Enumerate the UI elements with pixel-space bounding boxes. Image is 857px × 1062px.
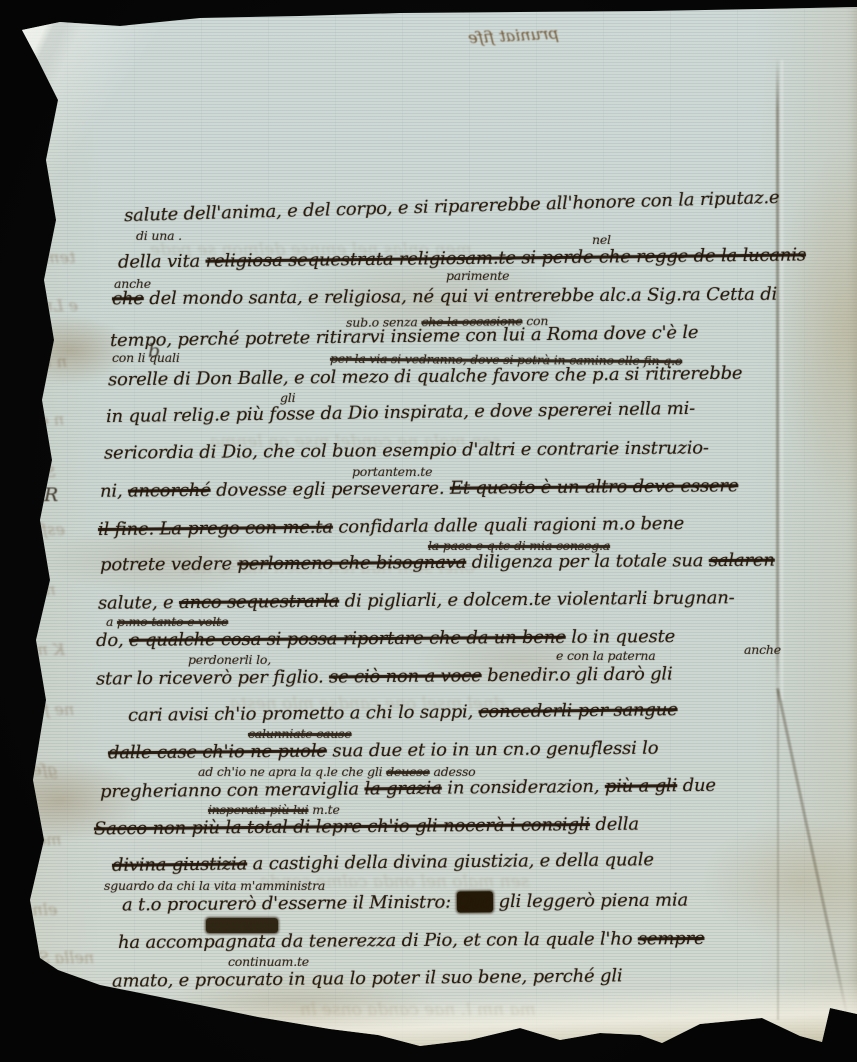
handwritten-text: parimente xyxy=(446,268,509,283)
manuscript-line: amato, e procurato in qua lo poter il su… xyxy=(112,965,623,991)
manuscript-line: dalle case ch'io ne puole sua due et io … xyxy=(108,738,659,764)
handwritten-text: in considerazion, xyxy=(442,776,605,799)
struck-text: divina giustizia xyxy=(112,853,247,875)
handwritten-text: m.te xyxy=(308,802,339,817)
ghost-bleedthrough-line: Sfj ssb xyxy=(2,462,56,481)
handwritten-text: sguardo da chi la vita m'amministra xyxy=(104,878,325,893)
struck-text: deuese xyxy=(386,764,429,779)
interline-note: parimente xyxy=(446,268,509,283)
manuscript-line: ni, ancorché dovesse egli perseverare. E… xyxy=(100,475,738,502)
manuscript-line: pregherianno con meraviglia la grazia in… xyxy=(100,775,716,802)
struck-text: più a gli xyxy=(605,775,678,797)
interline-note: nel xyxy=(592,232,611,247)
manuscript-line: a t.o procurerò d'esserne il Ministro: Q… xyxy=(122,890,688,916)
handwritten-text: benedir.o gli darò gli xyxy=(481,663,672,686)
handwritten-text: della vita xyxy=(118,251,206,273)
interline-note: anche xyxy=(744,642,781,657)
struck-text: il fine. La prego con me.ta xyxy=(98,517,333,540)
struck-text: salaren xyxy=(709,550,775,571)
struck-text: che xyxy=(112,288,144,309)
interline-note: con li quali xyxy=(112,350,180,365)
handwritten-text: sericordia di Dio, che col buon esempio … xyxy=(104,437,709,463)
interline-note: di una . xyxy=(136,228,182,243)
manuscript-line: tempo, perché potrete ritirarvi insieme … xyxy=(110,322,699,351)
manuscript-line: cari avisi ch'io prometto a chi lo sappi… xyxy=(128,699,678,726)
handwritten-text: nel xyxy=(592,232,611,247)
struck-text: la grazia xyxy=(364,778,441,800)
handwritten-text: continuam.te xyxy=(228,954,309,969)
handwritten-text: perdonerli lo, xyxy=(188,652,271,667)
handwritten-text: confidarla dalle quali ragioni m.o bene xyxy=(333,513,684,538)
photograph-background: fm gteman fee Lnl mmn nan nn ebanlSfj ss… xyxy=(0,0,857,1062)
handwritten-text: due xyxy=(677,775,716,796)
manuscript-line: divina giustizia a castighi della divina… xyxy=(112,849,654,876)
manuscript-line: sericordia di Dio, che col buon esempio … xyxy=(104,437,709,463)
struck-text: perlomeno che bisognava xyxy=(237,552,466,575)
interline-note: perdonerli lo, xyxy=(188,652,271,667)
struck-text: Sacco non più la total di lepre ch'io gl… xyxy=(94,814,590,839)
handwritten-text: a xyxy=(106,614,117,629)
interline-note: portantem.te xyxy=(352,464,432,479)
interline-note: sguardo da chi la vita m'amministra xyxy=(104,878,325,893)
manuscript-line: salute dell'anima, e del corpo, e si rip… xyxy=(124,187,780,226)
struck-text: insperata più lui xyxy=(208,802,308,817)
handwritten-text: anche xyxy=(744,642,781,657)
struck-text: e qualche cosa si possa riportare che da… xyxy=(129,627,566,651)
handwritten-text: ha accompagnata da tenerezza di Pio, et … xyxy=(118,928,638,953)
handwritten-text: del mondo santa, e religiosa, né qui vi … xyxy=(144,284,778,309)
handwritten-text: dovesse egli perseverare. xyxy=(210,478,449,501)
handwritten-text: tempo, perché potrete ritirarvi insieme … xyxy=(110,322,699,351)
handwritten-text: amato, e procurato in qua lo poter il su… xyxy=(112,965,623,991)
struck-text: p.mo tanto e volte xyxy=(117,614,228,629)
handwritten-text: star lo riceverò per figlio. xyxy=(96,666,329,689)
handwritten-text: salute, e xyxy=(98,592,179,614)
interline-note: a p.mo tanto e volte xyxy=(106,614,228,629)
handwritten-text: portantem.te xyxy=(352,464,432,479)
manuscript-line: potrete vedere perlomeno che bisognava d… xyxy=(100,550,775,576)
manuscript-page: fm gteman fee Lnl mmn nan nn ebanlSfj ss… xyxy=(0,0,857,1062)
manuscript-line: ha accompagnata da tenerezza di Pio, et … xyxy=(118,928,705,953)
manuscript-line: il fine. La prego con me.ta confidarla d… xyxy=(98,513,684,540)
struck-text: anco sequestrarla xyxy=(179,591,339,613)
handwritten-text: di pigliarli, e dolcem.te violentarli br… xyxy=(339,587,735,611)
manuscript-line: salute, e anco sequestrarla di pigliarli… xyxy=(98,587,735,614)
handwritten-text: ni, xyxy=(100,481,128,502)
handwritten-text: pregherianno con meraviglia xyxy=(100,778,365,802)
handwritten-text: sua due et io in un cn.o genuflessi lo xyxy=(327,738,659,762)
ghost-bleedthrough-line: fm g xyxy=(8,198,44,217)
manuscript-line: sorelle di Don Balle, e col mezo di qual… xyxy=(108,363,743,391)
struck-text: dalle case ch'io ne puole xyxy=(108,740,327,763)
handwritten-text: gli leggerò piena mia xyxy=(493,890,688,913)
interline-note: insperata più lui m.te xyxy=(208,802,340,817)
handwritten-text: della xyxy=(590,814,639,835)
handwritten-text: ad ch'io ne apra la q.le che gli xyxy=(198,764,386,779)
manuscript-line: Sacco non più la total di lepre ch'io gl… xyxy=(94,814,639,840)
ink-blot: Quo xyxy=(456,891,493,912)
handwritten-text: a castighi della divina giustizia, e del… xyxy=(247,849,654,874)
text-layer: salute dell'anima, e del corpo, e si rip… xyxy=(0,0,857,1062)
handwritten-text: a t.o procurerò d'esserne il Ministro: xyxy=(122,892,457,916)
struck-text: Et questo è un altro deve essere xyxy=(450,475,739,499)
handwritten-text: e con la paterna xyxy=(556,648,656,663)
handwritten-text: sorelle di Don Balle, e col mezo di qual… xyxy=(108,363,743,391)
struck-text: concederli per sangue xyxy=(479,699,678,722)
handwritten-text: cari avisi ch'io prometto a chi lo sappi… xyxy=(128,701,479,726)
interline-note: e con la paterna xyxy=(556,648,656,663)
interline-note: calunniate cause xyxy=(248,726,352,741)
manuscript-line: star lo riceverò per figlio. se ciò non … xyxy=(96,663,673,689)
interline-note: continuam.te xyxy=(228,954,309,969)
handwritten-text: do, xyxy=(96,630,129,651)
manuscript-line: in qual relig.e più fosse da Dio inspira… xyxy=(106,398,695,427)
struck-text: ancorché xyxy=(128,480,211,502)
handwritten-text: potrete vedere xyxy=(100,553,238,575)
struck-text: sempre xyxy=(638,928,705,949)
struck-text: calunniate cause xyxy=(248,726,352,741)
handwritten-text: con li quali xyxy=(112,350,180,365)
handwritten-text: lo in queste xyxy=(566,626,676,648)
handwritten-text: diligenza per la totale sua xyxy=(466,550,709,573)
handwritten-text: salute dell'anima, e del corpo, e si rip… xyxy=(124,187,780,226)
struck-text: se ciò non a voce xyxy=(329,665,482,687)
handwritten-text: in qual relig.e più fosse da Dio inspira… xyxy=(106,398,695,427)
handwritten-text: di una . xyxy=(136,228,182,243)
manuscript-line: che del mondo santa, e religiosa, né qui… xyxy=(112,284,777,310)
